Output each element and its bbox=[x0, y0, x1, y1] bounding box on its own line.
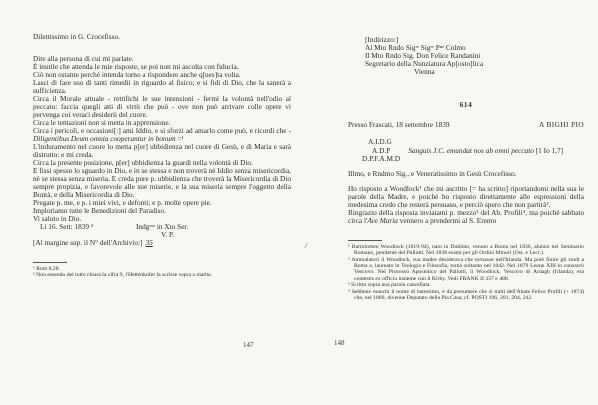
italic-phrase: Ave Maria bbox=[367, 216, 398, 225]
address-city: Vienna bbox=[365, 68, 584, 76]
body-paragraph: L'induramento nel cuore lo metta p[er] u… bbox=[33, 143, 291, 159]
recipient-name: A BIGHI PIO bbox=[539, 121, 584, 129]
body-paragraph: Circa il Morale attuale - rettifichi le … bbox=[33, 95, 291, 119]
right-page: [Indirizzo:] Al Mto Rndo Sigʳᵉ Sigʳᵉ Pⁿᵉ… bbox=[348, 36, 584, 301]
left-page: Dilettissimo in G. Crocefisso. Dite alla… bbox=[33, 33, 291, 279]
motto-reference: [1 Io 1,7] bbox=[534, 146, 563, 155]
dateline-row: Presso Frascati, 18 settembre 1839 A BIG… bbox=[348, 121, 584, 129]
letter-number: 614 bbox=[348, 101, 584, 109]
archive-annotation-row: [Al margine sup. il N° dell'Archivio:]35… bbox=[33, 239, 291, 247]
archive-number: 35 bbox=[145, 238, 152, 247]
signature-block: Li 16. Sett: 1839 ² Indgᵐᵒ in Xto Ser. bbox=[33, 223, 291, 231]
footnote: ² Non essendo del tutto chiara la cifra … bbox=[33, 272, 291, 278]
paragraph-text: vennero a prendermi al S. Eremo bbox=[398, 216, 496, 225]
place-date-line: Presso Frascati, 18 settembre 1839 bbox=[348, 121, 450, 129]
monogram-line: D.P.F.A.M.D bbox=[348, 155, 584, 163]
footnote: ¹ Bartolomeo Woodlock (1819-94), nato in… bbox=[348, 244, 584, 257]
body-paragraph: Ho risposto a Woodlock¹ che mi ascritto … bbox=[348, 185, 584, 209]
footnote-separator bbox=[348, 240, 382, 241]
page-number-left: 147 bbox=[243, 341, 254, 349]
latin-motto: Sanguis J.C. emundat nos ab omni peccato… bbox=[408, 146, 563, 155]
body-paragraph: E fissi spesso lo sguardo in Dio, e in s… bbox=[33, 167, 291, 199]
footnote: ⁴ Sebbene manchi il nome di battesimo, è… bbox=[348, 289, 584, 302]
body-paragraph: Lasci di fare uso di tanti rimedii in ri… bbox=[33, 79, 291, 95]
address-block: [Indirizzo:] Al Mto Rndo Sigʳᵉ Sigʳᵉ Pⁿᵉ… bbox=[365, 36, 584, 76]
body-paragraph: Circa i pericoli, e occasioni[:] ami Idd… bbox=[33, 127, 291, 143]
archive-note: [Al margine sup. il N° dell'Archivio:] bbox=[33, 238, 142, 247]
footnote-separator bbox=[33, 262, 67, 263]
devotional-monogram: A.I.D.G A.D.PSanguis J.C. emundat nos ab… bbox=[348, 138, 584, 162]
date-line: Li 16. Sett: 1839 ² bbox=[33, 222, 93, 231]
page-number-right: 148 bbox=[334, 339, 345, 347]
margin-slash-mark: / bbox=[305, 242, 307, 250]
letter-salutation: Dilettissimo in G. Crocefisso. bbox=[33, 33, 291, 41]
letter-salutation: Illmo, e Rndmo Sig., e Veneratissimo in … bbox=[348, 170, 584, 178]
scanned-book-spread: Dilettissimo in G. Crocefisso. Dite alla… bbox=[0, 0, 598, 405]
body-paragraph: Ringrazio della risposta inviatami p. me… bbox=[348, 209, 584, 225]
footnote: ² Ammalatosi il Woodlock, sua madre desi… bbox=[348, 257, 584, 283]
address-line: Segretario della Nunziatura Ap[osto]lica bbox=[365, 60, 584, 68]
signature-closing: Indgᵐᵒ in Xto Ser. bbox=[136, 223, 188, 231]
motto-text: Sanguis J.C. emundat nos ab omni peccato bbox=[408, 146, 534, 155]
